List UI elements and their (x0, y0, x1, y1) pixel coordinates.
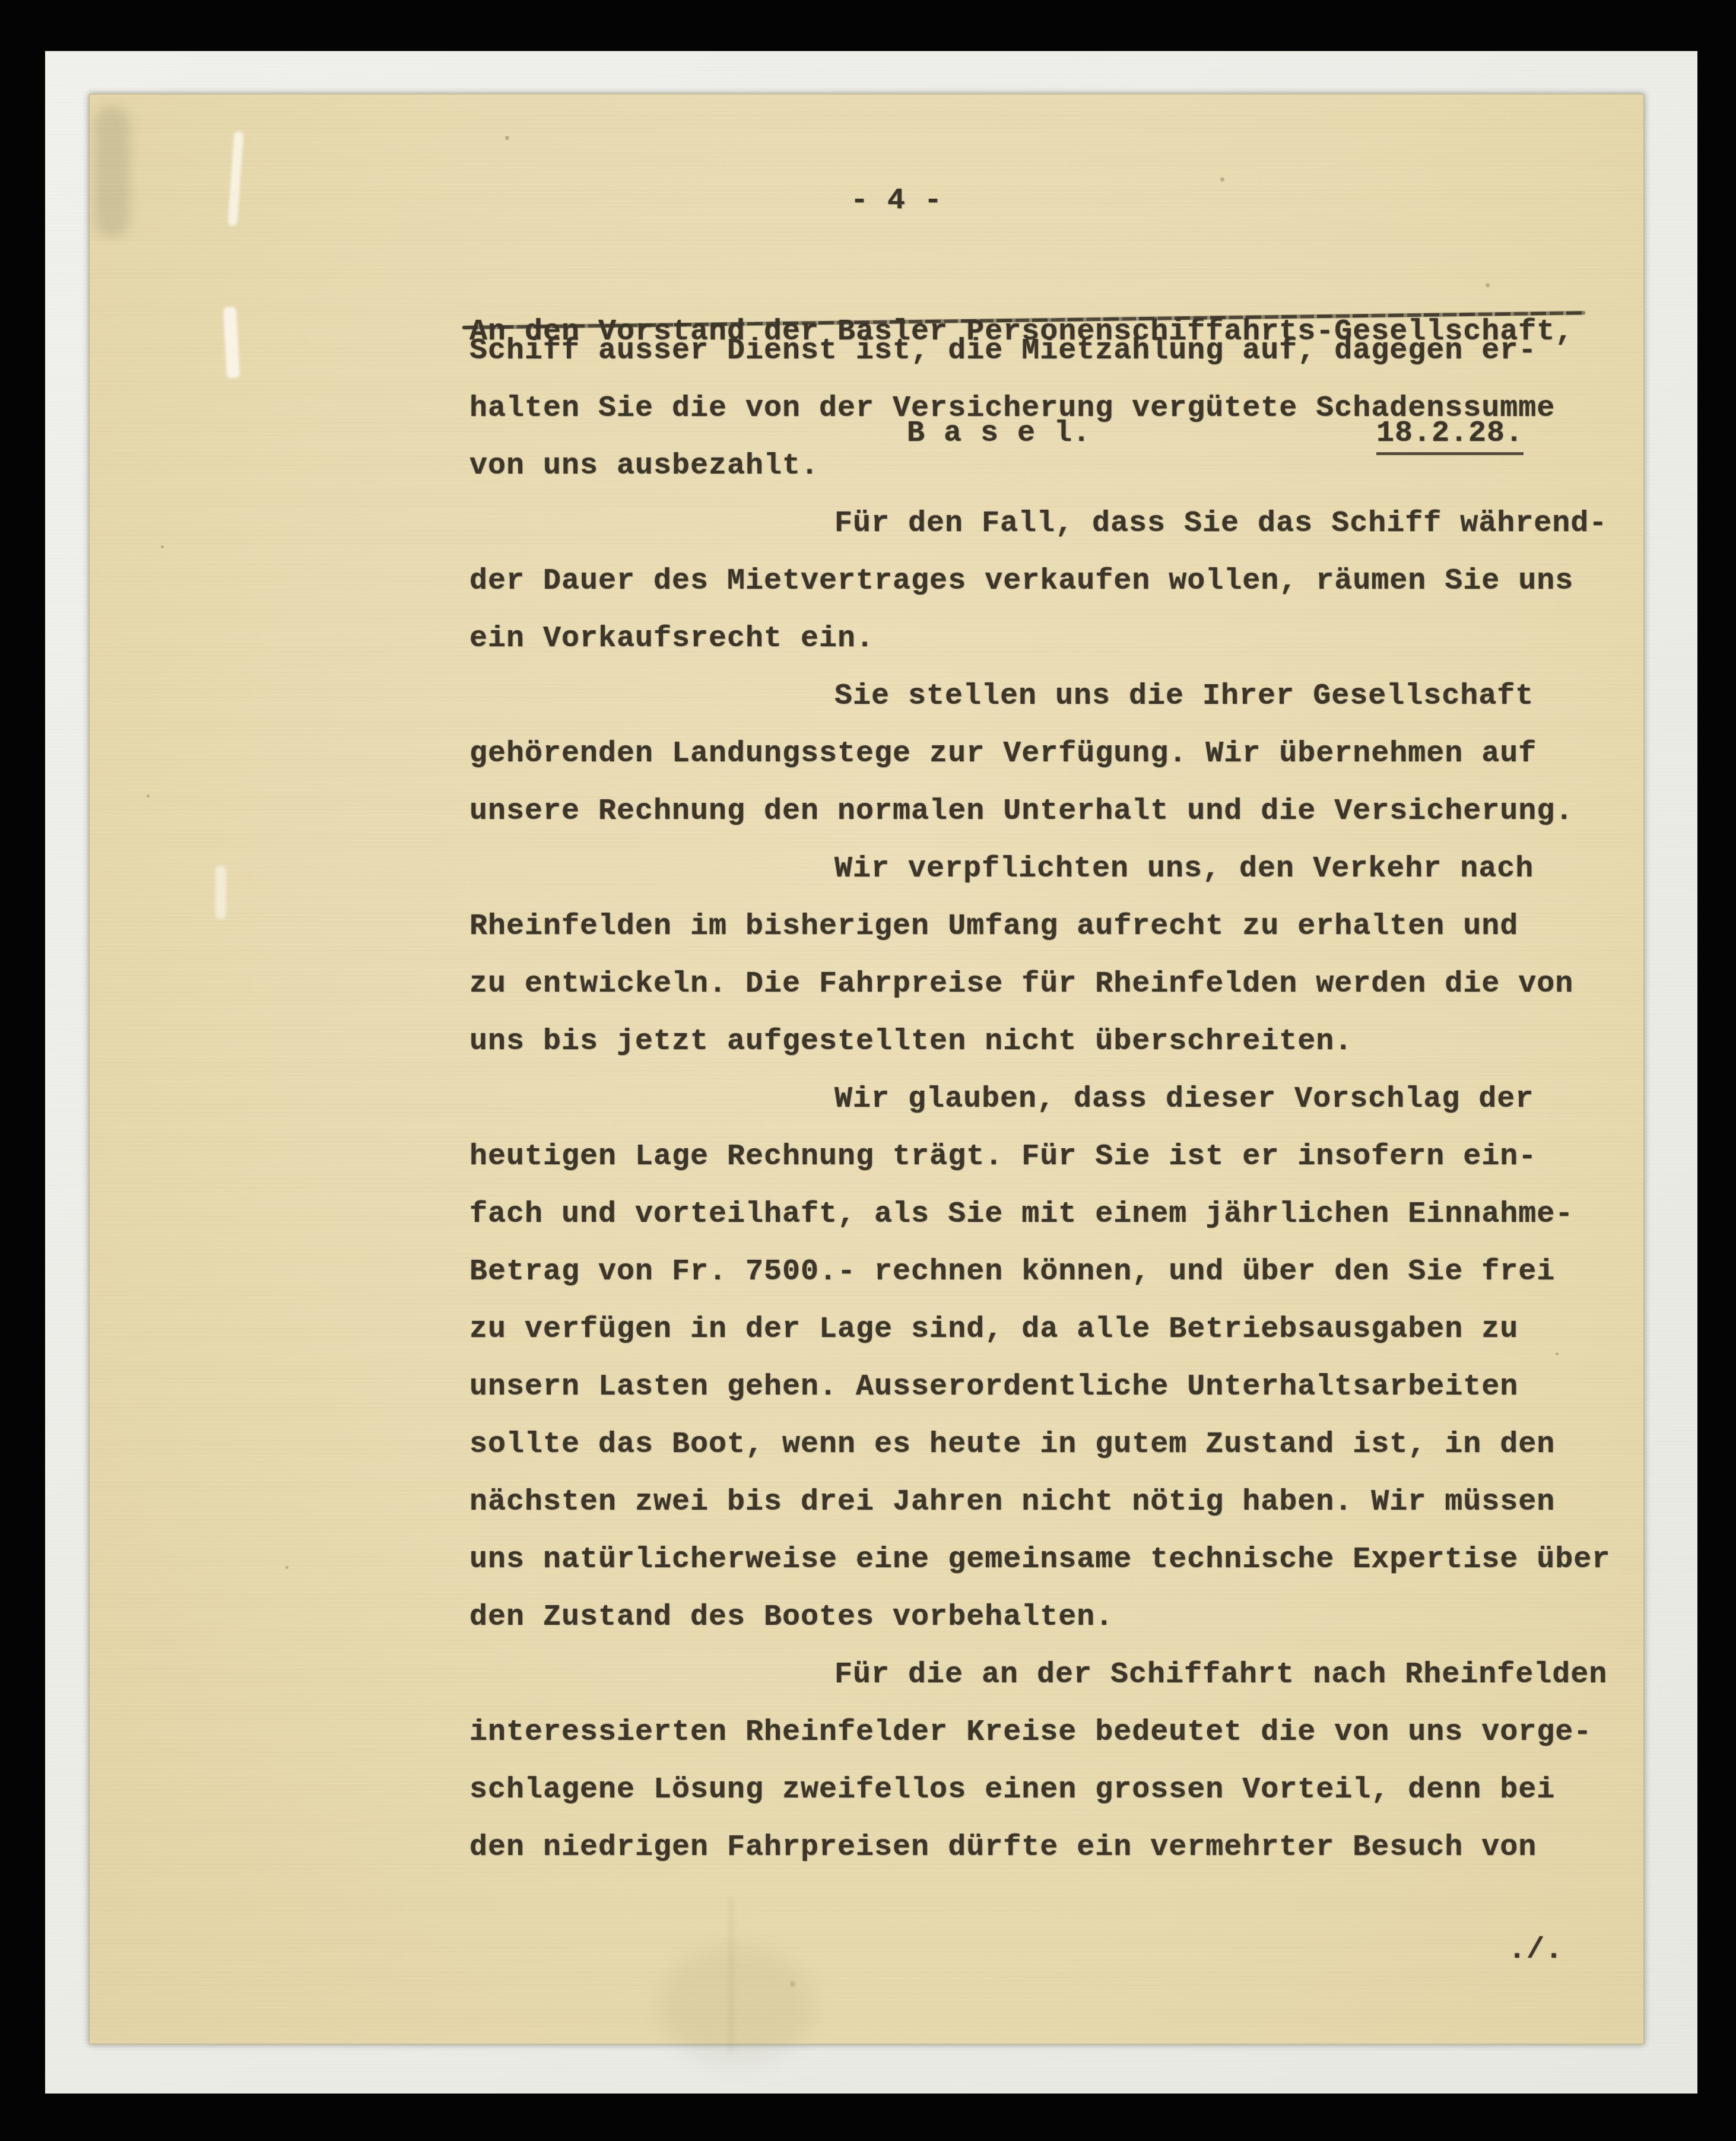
continuation-mark: ./. (1508, 1934, 1563, 1967)
paragraph: Wir glauben, dass dieser Vorschlag derhe… (469, 1070, 1639, 1646)
paper-crease (729, 1898, 733, 2053)
text-line: den niedrigen Fahrpreisen dürfte ein ver… (469, 1819, 1639, 1876)
paragraph: Sie stellen uns die Ihrer Gesellschaftge… (469, 668, 1639, 840)
page-number: - 4 - (850, 185, 942, 218)
text-line: den Zustand des Bootes vorbehalten. (469, 1589, 1639, 1646)
letter-body: Schiff ausser Dienst ist, die Mietzahlun… (469, 322, 1639, 1876)
text-line: Rheinfelden im bisherigen Umfang aufrech… (469, 898, 1639, 955)
text-line: Wir verpflichten uns, den Verkehr nach (469, 840, 1639, 898)
paper-speck (161, 545, 164, 548)
text-line: Schiff ausser Dienst ist, die Mietzahlun… (469, 322, 1639, 380)
paragraph: Schiff ausser Dienst ist, die Mietzahlun… (469, 322, 1639, 495)
paper-speck (790, 1981, 795, 1987)
text-line: Wir glauben, dass dieser Vorschlag der (469, 1070, 1639, 1128)
paper-speck (147, 795, 150, 798)
smudge-stain (94, 106, 130, 237)
text-line: von uns ausbezahlt. (469, 437, 1639, 495)
paragraph: Für die an der Schiffahrt nach Rheinfeld… (469, 1646, 1639, 1876)
text-line: halten Sie die von der Versicherung verg… (469, 380, 1639, 437)
paper-speck (505, 136, 509, 140)
text-line: heutigen Lage Rechnung trägt. Für Sie is… (469, 1128, 1639, 1186)
text-line: Sie stellen uns die Ihrer Gesellschaft (469, 668, 1639, 725)
text-line: schlagene Lösung zweifellos einen grosse… (469, 1761, 1639, 1819)
text-line: Für die an der Schiffahrt nach Rheinfeld… (469, 1646, 1639, 1704)
scan-background: - 4 - An den Vorstand der Basler Persone… (0, 0, 1736, 2141)
text-line: fach und vorteilhaft, als Sie mit einem … (469, 1186, 1639, 1243)
text-line: Für den Fall, dass Sie das Schiff währen… (469, 495, 1639, 552)
text-line: der Dauer des Mietvertrages verkaufen wo… (469, 552, 1639, 610)
text-line: uns bis jetzt aufgestellten nicht übersc… (469, 1013, 1639, 1070)
text-line: zu verfügen in der Lage sind, da alle Be… (469, 1301, 1639, 1358)
paper-scratch (227, 131, 243, 227)
paragraph: Für den Fall, dass Sie das Schiff währen… (469, 495, 1639, 668)
text-line: interessierten Rheinfelder Kreise bedeut… (469, 1704, 1639, 1761)
text-line: uns natürlicherweise eine gemeinsame tec… (469, 1531, 1639, 1589)
text-line: gehörenden Landungsstege zur Verfügung. … (469, 725, 1639, 783)
text-line: Betrag von Fr. 7500.- rechnen können, un… (469, 1243, 1639, 1301)
paper-scratch (223, 307, 240, 379)
letter-page: - 4 - An den Vorstand der Basler Persone… (89, 94, 1644, 2044)
paper-speck (285, 1566, 288, 1569)
paragraph: Wir verpflichten uns, den Verkehr nachRh… (469, 840, 1639, 1070)
paper-speck (1220, 177, 1224, 182)
text-line: sollte das Boot, wenn es heute in gutem … (469, 1416, 1639, 1473)
text-line: zu entwickeln. Die Fahrpreise für Rheinf… (469, 955, 1639, 1013)
text-line: ein Vorkaufsrecht ein. (469, 610, 1639, 668)
text-line: nächsten zwei bis drei Jahren nicht nöti… (469, 1473, 1639, 1531)
paper-scratch (215, 866, 226, 919)
text-line: unsere Rechnung den normalen Unterhalt u… (469, 783, 1639, 840)
text-line: unsern Lasten gehen. Ausserordentliche U… (469, 1358, 1639, 1416)
